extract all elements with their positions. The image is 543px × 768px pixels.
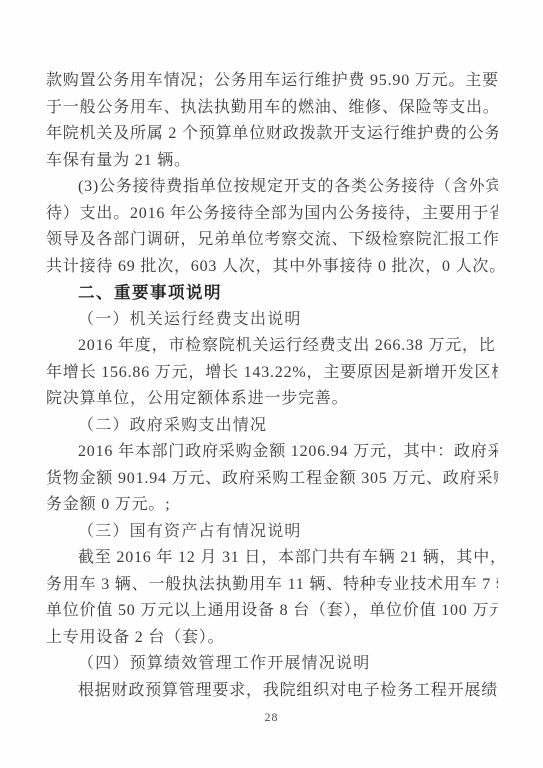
subsection-heading: （二）政府采购支出情况 bbox=[46, 413, 498, 440]
text-line: 院决算单位，公用定额体系进一步完善。 bbox=[46, 386, 498, 413]
document-body: 款购置公务用车情况；公务用车运行维护费 95.90 万元。主要用 于一般公务用车… bbox=[46, 68, 498, 704]
text-line: 根据财政预算管理要求，我院组织对电子检务工程开展绩效 bbox=[46, 678, 498, 705]
subsection-heading: （一）机关运行经费支出说明 bbox=[46, 307, 498, 334]
subsection-heading: （三）国有资产占有情况说明 bbox=[46, 519, 498, 546]
text-line: 上专用设备 2 台（套）。 bbox=[46, 625, 498, 652]
document-page: 款购置公务用车情况；公务用车运行维护费 95.90 万元。主要用 于一般公务用车… bbox=[0, 0, 543, 768]
text-line: (3)公务接待费指单位按规定开支的各类公务接待（含外宾接 bbox=[46, 174, 498, 201]
text-line: 截至 2016 年 12 月 31 日，本部门共有车辆 21 辆，其中，公 bbox=[46, 545, 498, 572]
text-line: 2016 年本部门政府采购金额 1206.94 万元，其中：政府采购 bbox=[46, 439, 498, 466]
text-line: 于一般公务用车、执法执勤用车的燃油、维修、保险等支出。2016 bbox=[46, 95, 498, 122]
page-number: 28 bbox=[0, 709, 543, 725]
text-line: 款购置公务用车情况；公务用车运行维护费 95.90 万元。主要用 bbox=[46, 68, 498, 95]
text-line: 待）支出。2016 年公务接待全部为国内公务接待，主要用于省院 bbox=[46, 201, 498, 228]
text-line: 2016 年度，市检察院机关运行经费支出 266.38 万元，比 2015 bbox=[46, 333, 498, 360]
text-line: 务用车 3 辆、一般执法执勤用车 11 辆、特种专业技术用车 7 辆； bbox=[46, 572, 498, 599]
text-line: 单位价值 50 万元以上通用设备 8 台（套），单位价值 100 万元以 bbox=[46, 598, 498, 625]
text-line: 领导及各部门调研，兄弟单位考察交流、下级检察院汇报工作等， bbox=[46, 227, 498, 254]
text-line: 货物金额 901.94 万元、政府采购工程金额 305 万元、政府采购服 bbox=[46, 466, 498, 493]
text-line: 年院机关及所属 2 个预算单位财政拨款开支运行维护费的公务用 bbox=[46, 121, 498, 148]
text-line: 共计接待 69 批次，603 人次，其中外事接待 0 批次，0 人次。 bbox=[46, 254, 498, 281]
text-line: 务金额 0 万元。; bbox=[46, 492, 498, 519]
text-line: 年增长 156.86 万元，增长 143.22%，主要原因是新增开发区检察 bbox=[46, 360, 498, 387]
subsection-heading: （四）预算绩效管理工作开展情况说明 bbox=[46, 651, 498, 678]
section-heading: 二、重要事项说明 bbox=[46, 280, 498, 307]
text-line: 车保有量为 21 辆。 bbox=[46, 148, 498, 175]
